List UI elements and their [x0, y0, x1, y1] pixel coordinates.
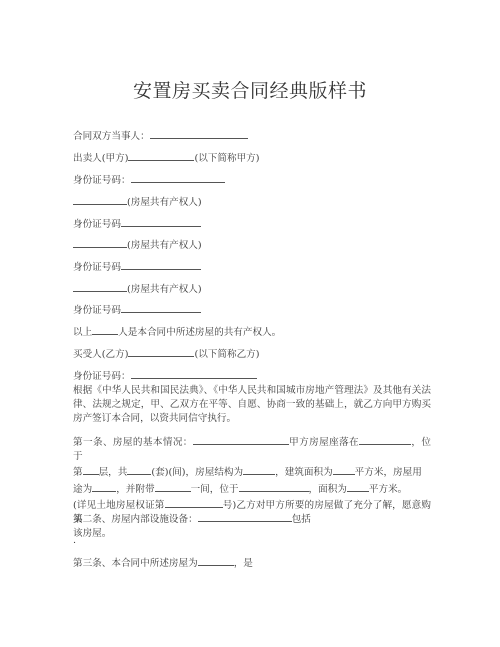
art2-facilities-blank[interactable]	[198, 511, 292, 522]
art1-blank-1[interactable]	[193, 434, 289, 445]
art2-suffix: 包括	[292, 514, 311, 525]
co-owner-2-line: (房屋共有产权人)	[73, 237, 202, 253]
buyer-suffix: (以下简称乙方)	[194, 349, 259, 360]
art1-text: 第一条、房屋的基本情况：	[73, 437, 193, 448]
co-owner-3-id-line: 身份证号码	[73, 302, 201, 318]
art1-text: 该房屋。	[73, 528, 111, 539]
co-owner-1-blank[interactable]	[73, 194, 127, 205]
co-owner-1-id-blank[interactable]	[121, 216, 201, 227]
buyer-blank[interactable]	[128, 346, 194, 357]
seller-id-blank[interactable]	[131, 172, 225, 183]
art1-text: (套)(间)，房屋结构为	[151, 467, 243, 478]
art1-attached-area-blank[interactable]	[347, 481, 369, 492]
seller-label: 出卖人(甲方)	[73, 153, 128, 164]
parties-blank[interactable]	[150, 128, 248, 139]
co-owner-3-suffix: (房屋共有产权人)	[127, 284, 202, 295]
art1-units-blank[interactable]	[127, 464, 151, 475]
buyer-id-line: 身份证号码：	[73, 368, 257, 384]
co-owner-1-suffix: (房屋共有产权人)	[127, 197, 202, 208]
art3-blank[interactable]	[198, 555, 234, 566]
preamble-paragraph: 根据《中华人民共和国民法典》、《中华人民共和国城市房地产管理法》及其他有关法律、…	[73, 384, 431, 427]
document-title: 安置房买卖合同经典版样书	[0, 76, 500, 103]
art1-text: 甲方房屋座落在	[289, 437, 359, 448]
co-owners-statement: 以上人是本合同中所述房屋的共有产权人。	[73, 324, 281, 340]
seller-id-line: 身份证号码：	[73, 172, 225, 188]
co-owner-1-id-line: 身份证号码	[73, 216, 201, 232]
art1-text: 途为	[73, 484, 92, 495]
co-owner-1-line: (房屋共有产权人)	[73, 194, 202, 210]
seller-suffix: (以下简称甲方)	[194, 153, 259, 164]
art3-suffix: ，是	[234, 558, 253, 569]
art1-use-blank[interactable]	[92, 481, 116, 492]
co-owner-2-id-line: 身份证号码	[73, 259, 201, 275]
art1-floor-blank[interactable]	[83, 464, 99, 475]
seller-id-label: 身份证号码：	[73, 175, 131, 186]
co-owners-suffix: 人是本合同中所述房屋的共有产权人。	[118, 327, 281, 338]
art1-text: ，并附带	[116, 484, 154, 495]
buyer-label: 买受人(乙方)	[73, 349, 128, 360]
co-owner-2-blank[interactable]	[73, 237, 127, 248]
co-owners-prefix: 以上	[73, 327, 92, 338]
art1-text: ，建筑面积为	[275, 467, 333, 478]
art3-label: 第三条、本合同中所述房屋为	[73, 558, 198, 569]
document-page: 安置房买卖合同经典版样书 合同双方当事人： 出卖人(甲方)(以下简称甲方) 身份…	[0, 0, 500, 647]
buyer-id-label: 身份证号码：	[73, 371, 131, 382]
art1-text: ，面积为	[309, 484, 347, 495]
art2-label: 第二条、房屋内部设施设备：	[73, 514, 198, 525]
parties-label: 合同双方当事人：	[73, 131, 150, 142]
art1-area-blank[interactable]	[333, 464, 355, 475]
art1-attached-blank[interactable]	[155, 481, 191, 492]
art1-attached-location-blank[interactable]	[239, 481, 309, 492]
art1-text: 平方米。	[369, 484, 407, 495]
art1-text: 一间，位于	[191, 484, 239, 495]
article-2-end: .	[73, 534, 76, 548]
parties-line: 合同双方当事人：	[73, 128, 248, 144]
co-owner-1-id-label: 身份证号码	[73, 219, 121, 230]
art1-text: 平方米，房屋用	[355, 467, 422, 478]
art1-text: (详见土地房屋权证第	[73, 500, 165, 511]
co-owners-count-blank[interactable]	[92, 324, 118, 335]
art1-location-blank[interactable]	[359, 434, 411, 445]
art1-text: 第	[73, 467, 83, 478]
seller-blank[interactable]	[128, 150, 194, 161]
article-2-line: 第二条、房屋内部设施设备：包括	[73, 511, 311, 527]
co-owner-3-id-blank[interactable]	[121, 302, 201, 313]
art1-certificate-blank[interactable]	[165, 497, 223, 508]
buyer-id-blank[interactable]	[131, 368, 257, 379]
article-3-line: 第三条、本合同中所述房屋为，是	[73, 555, 253, 571]
art1-text: 层，共	[99, 467, 128, 478]
co-owner-3-blank[interactable]	[73, 281, 127, 292]
art1-structure-blank[interactable]	[243, 464, 275, 475]
buyer-line: 买受人(乙方)(以下简称乙方)	[73, 346, 260, 362]
co-owner-2-id-blank[interactable]	[121, 259, 201, 270]
co-owner-3-line: (房屋共有产权人)	[73, 281, 202, 297]
co-owner-3-id-label: 身份证号码	[73, 305, 121, 316]
co-owner-2-suffix: (房屋共有产权人)	[127, 240, 202, 251]
seller-line: 出卖人(甲方)(以下简称甲方)	[73, 150, 260, 166]
co-owner-2-id-label: 身份证号码	[73, 262, 121, 273]
